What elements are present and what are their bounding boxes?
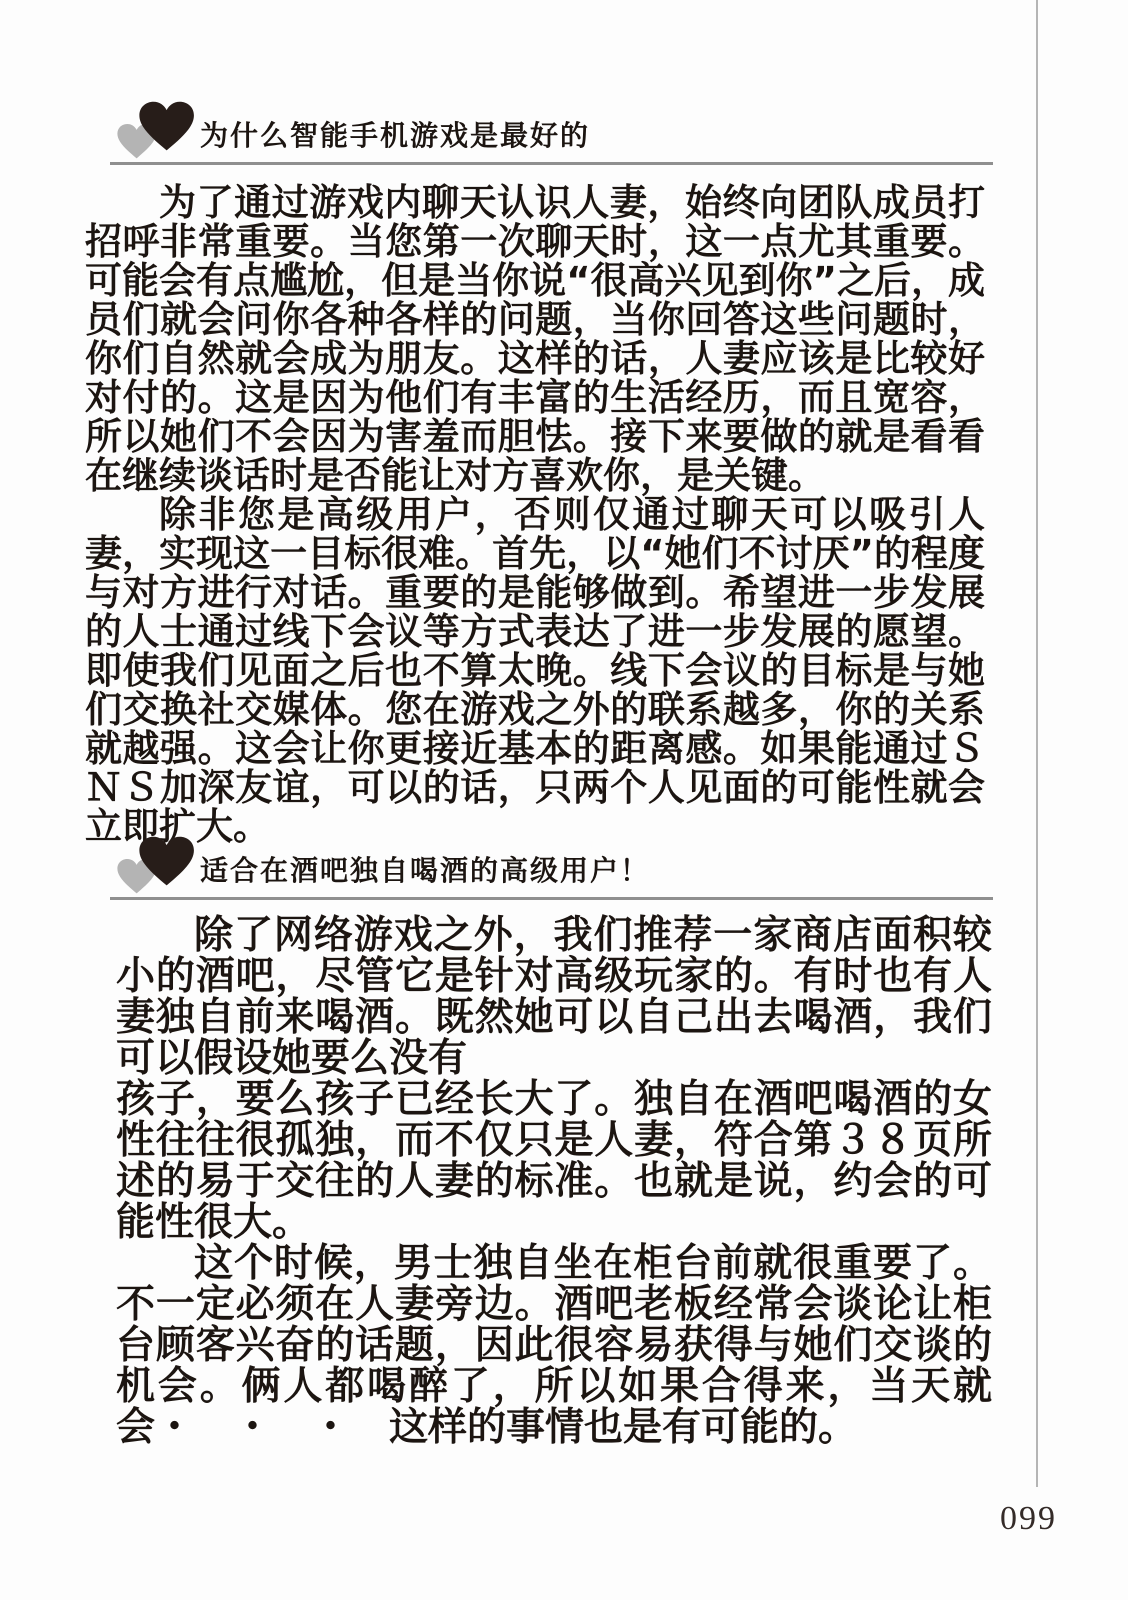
two-hearts-icon bbox=[114, 100, 198, 176]
paragraph: 为了通过游戏内聊天认识人妻，始终向团队成员打招呼非常重要。当您第一次聊天时，这一… bbox=[85, 183, 985, 495]
section-2-title: 适合在酒吧独自喝酒的高级用户！ bbox=[200, 849, 650, 889]
section-1-title: 为什么智能手机游戏是最好的 bbox=[200, 114, 590, 154]
paragraph: 除了网络游戏之外，我们推荐一家商店面积较小的酒吧，尽管它是针对高级玩家的。有时也… bbox=[116, 915, 992, 1079]
paragraph: 孩子，要么孩子已经长大了。独自在酒吧喝酒的女性往往很孤独，而不仅只是人妻，符合第… bbox=[116, 1079, 992, 1243]
section-2-body: 除了网络游戏之外，我们推荐一家商店面积较小的酒吧，尽管它是针对高级玩家的。有时也… bbox=[116, 915, 992, 1448]
two-hearts-icon bbox=[114, 835, 198, 911]
paragraph: 这个时候，男士独自坐在柜台前就很重要了。不一定必须在人妻旁边。酒吧老板经常会谈论… bbox=[116, 1243, 992, 1448]
section-1-body: 为了通过游戏内聊天认识人妻，始终向团队成员打招呼非常重要。当您第一次聊天时，这一… bbox=[85, 183, 985, 846]
page-number: 099 bbox=[1000, 1500, 1057, 1538]
page-margin-line bbox=[1036, 0, 1038, 1487]
section-2-heading: 适合在酒吧独自喝酒的高级用户！ bbox=[110, 833, 993, 900]
book-page: 为什么智能手机游戏是最好的 为了通过游戏内聊天认识人妻，始终向团队成员打招呼非常… bbox=[0, 0, 1128, 1600]
section-1-heading: 为什么智能手机游戏是最好的 bbox=[110, 98, 993, 165]
paragraph: 除非您是高级用户，否则仅通过聊天可以吸引人妻，实现这一目标很难。首先，以“她们不… bbox=[85, 495, 985, 846]
